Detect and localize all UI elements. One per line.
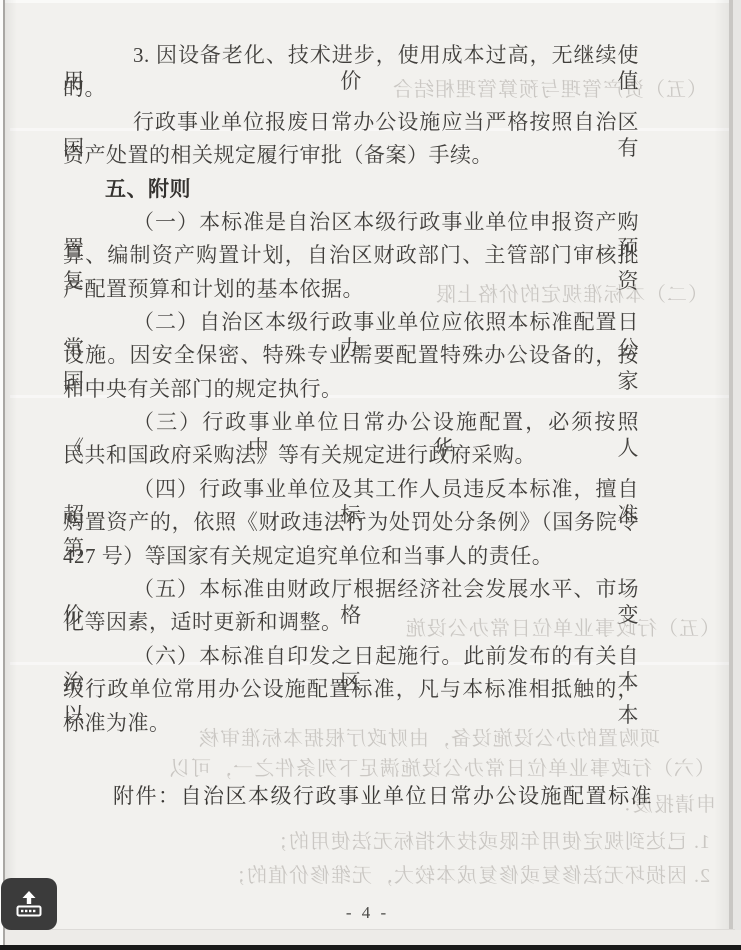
document-line: 民共和国政府采购法》等有关规定进行政府采购。	[63, 442, 639, 468]
document-line: 资产处置的相关规定履行审批（备案）手续。	[63, 142, 639, 168]
section-heading: 五、附则	[63, 176, 639, 202]
attachment-line: 附件：自治区本级行政事业单位日常办公设施配置标准	[63, 783, 639, 809]
scan-edge-top	[0, 0, 741, 3]
document-line: 的。	[63, 75, 639, 101]
document-line: 产配置预算和计划的基本依据。	[63, 276, 639, 302]
scan-edge-left-shadow	[5, 0, 17, 950]
bleed-through-line: 1. 已达到规定使用年限或技术指标无法使用的；	[155, 830, 710, 854]
scan-edge-right-shadow	[714, 0, 729, 950]
scan-edge-bottom-band	[5, 930, 741, 945]
page-number: - 4 -	[0, 903, 735, 923]
document-line: 标准为准。	[63, 710, 639, 736]
scan-edge-right-line	[729, 0, 733, 944]
document-line: 化等因素，适时更新和调整。	[63, 609, 639, 635]
document-line: 和中央有关部门的规定执行。	[63, 376, 639, 402]
scanned-document-page: （五）资产管理与预算管理相结合 （二）本标准规定的价格上限 （五）行政事业单位日…	[0, 0, 741, 950]
bleed-through-line: 2. 因损坏无法修复或修复成本较大，无维修价值的；	[155, 864, 710, 888]
scan-edge-bottom-bar	[0, 945, 741, 950]
scan-edge-right-band	[733, 0, 741, 944]
keyboard-toggle-button[interactable]	[1, 878, 57, 930]
keyboard-arrow-up-icon	[14, 890, 44, 918]
document-line: 427 号）等国家有关规定追究单位和当事人的责任。	[63, 543, 639, 569]
bleed-through-line: （六）行政事业单位日常办公设施满足下列条件之一，可以	[75, 757, 715, 781]
